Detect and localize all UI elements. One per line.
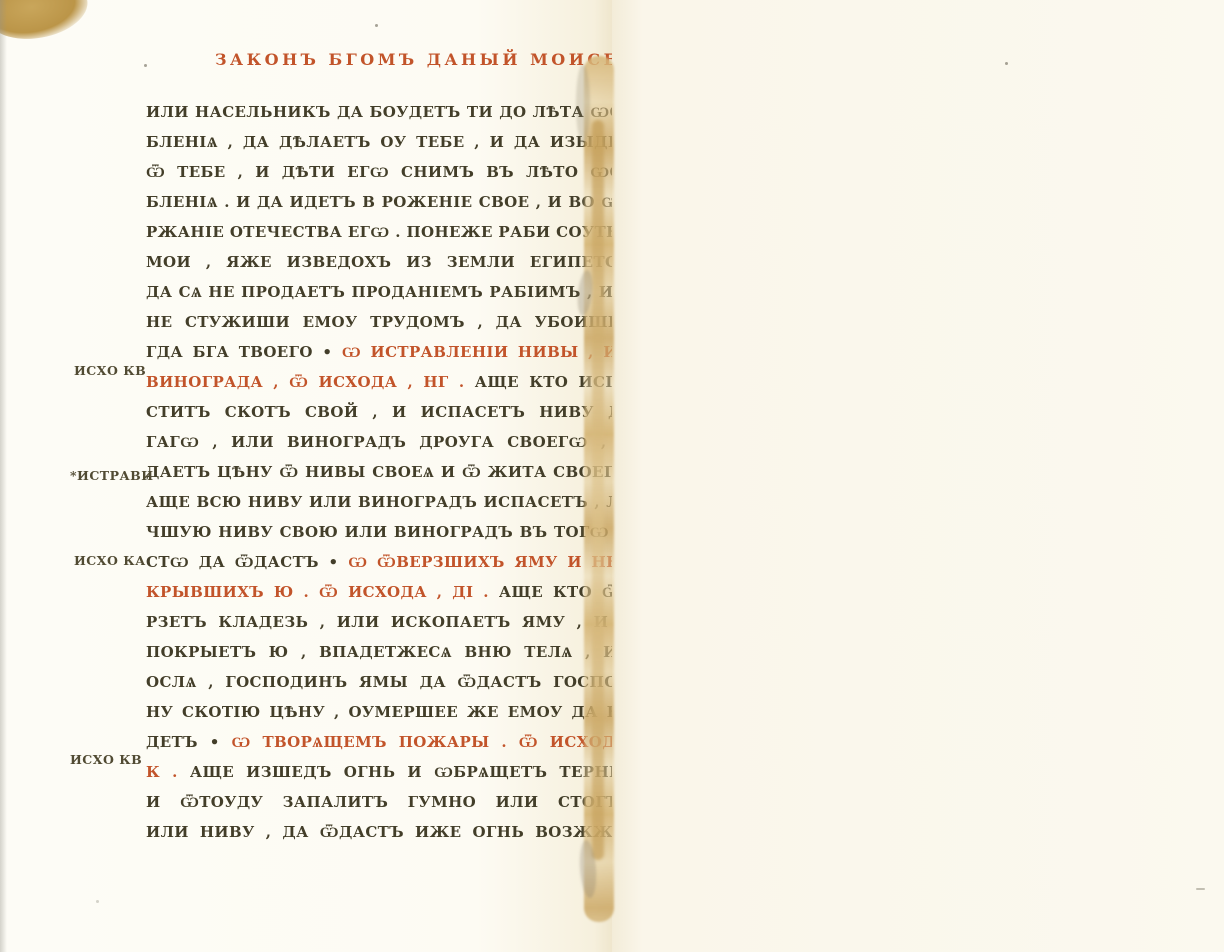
text-line: винограда , ѿ исхода , нг . аще кто испо… [146, 367, 646, 397]
body-text: ѿ тебе , и дѣти егѡ снимъ въ лѣто ѡста [146, 163, 646, 181]
body-text: и ѿтоуду запалитъ гумно или стогъ , [146, 793, 646, 811]
left-text-block: или насельникъ да боудетъ ти до лѣта ѡст… [146, 97, 646, 847]
text-line: к . аще изшедъ огнь и ѡбрѧщетъ терніе , [146, 757, 646, 787]
scan-edge-shadow [0, 0, 7, 952]
body-text: или насельникъ да боудетъ ти до лѣта ѡст… [146, 103, 646, 121]
text-line: или ниву , да ѿдастъ иже огнь возжже • [146, 817, 646, 847]
ink-speck [1196, 888, 1205, 890]
ink-speck [375, 24, 378, 27]
rubric-text: к . [146, 763, 190, 781]
text-line: ѿ тебе , и дѣти егѡ снимъ въ лѣто ѡста [146, 157, 646, 187]
margin-note: *истрави [70, 468, 154, 483]
body-text: ну скотію цѣну , оумершее же емоу да боу [146, 703, 646, 721]
body-text: бленіѧ . и да идетъ в роженіе свое , и в… [146, 193, 646, 211]
left-page: законъ бгомъ даный моисею или насельникъ… [0, 0, 612, 952]
body-text: или ниву , да ѿдастъ иже огнь возжже • [146, 823, 646, 841]
body-text: аще всю ниву или виноградъ испасетъ , ло… [146, 493, 646, 511]
ink-speck [1005, 62, 1008, 65]
text-line: или насельникъ да боудетъ ти до лѣта ѡст… [146, 97, 646, 127]
ink-speck [144, 64, 147, 67]
body-text: рзетъ кладезь , или ископаетъ яму , и не [146, 613, 646, 631]
body-text: даетъ цѣну ѿ нивы своеѧ и ѿ жита своегѡ … [146, 463, 646, 481]
text-line: детъ • ѡ творѧщемъ пожары . ѿ исхода , [146, 727, 646, 757]
body-text: чшую ниву свою или виноградъ въ тогѡ мѣ [146, 523, 646, 541]
ink-speck [96, 900, 99, 903]
text-line: покрыетъ ю , впадетжесѧ вню телѧ , или [146, 637, 646, 667]
body-text: стѡ да ѿдастъ • [146, 553, 348, 571]
gutter-smudge [576, 64, 590, 144]
book-scan: законъ бгомъ даный моисею или насельникъ… [0, 0, 1224, 952]
body-text: бленіѧ , да дѣлаетъ оу тебе , и да изыде… [146, 133, 646, 151]
rubric-text: винограда , ѿ исхода , нг . [146, 373, 475, 391]
text-line: гагѡ , или виноградъ дроуга своегѡ , да [146, 427, 646, 457]
body-text: детъ • [146, 733, 232, 751]
body-text: гагѡ , или виноградъ дроуга своегѡ , да [146, 433, 646, 451]
body-text: мои , яже изведохъ из земли египетски [146, 253, 646, 271]
body-text: да сѧ не продаетъ проданіемъ рабіимъ , и… [146, 283, 646, 301]
text-line: рзетъ кладезь , или ископаетъ яму , и не [146, 607, 646, 637]
right-page: глава , ме ѿ юнцѣ прободшемъ рогомъ чело… [612, 0, 1224, 952]
text-line: бленіѧ , да дѣлаетъ оу тебе , и да изыде… [146, 127, 646, 157]
text-line: ослѧ , господинъ ямы да ѿдастъ господи [146, 667, 646, 697]
text-line: аще всю ниву или виноградъ испасетъ , ло… [146, 487, 646, 517]
text-line: чшую ниву свою или виноградъ въ тогѡ мѣ [146, 517, 646, 547]
body-text: не стужиши емоу трудомъ , да убоишисѧ [146, 313, 646, 331]
margin-note: исхо ка [74, 553, 146, 568]
text-line: даетъ цѣну ѿ нивы своеѧ и ѿ жита своегѡ … [146, 457, 646, 487]
body-text: аще изшедъ огнь и ѡбрѧщетъ терніе , [190, 763, 646, 781]
text-line: ститъ скотъ свой , и испасетъ ниву дру [146, 397, 646, 427]
text-line: крывшихъ ю . ѿ исхода , ді . аще кто ѿве [146, 577, 646, 607]
text-line: ржаніе отечества егѡ . понеже раби соуть… [146, 217, 646, 247]
text-line: стѡ да ѿдастъ • ѡ ѿверзшихъ яму и непо [146, 547, 646, 577]
text-line: бленіѧ . и да идетъ в роженіе свое , и в… [146, 187, 646, 217]
body-text: покрыетъ ю , впадетжесѧ вню телѧ , или [146, 643, 646, 661]
text-line: мои , яже изведохъ из земли египетски [146, 247, 646, 277]
text-line: да сѧ не продаетъ проданіемъ рабіимъ , и… [146, 277, 646, 307]
text-line: не стужиши емоу трудомъ , да убоишисѧ [146, 307, 646, 337]
margin-note: исхо кв [74, 363, 146, 378]
margin-note: исхо кв [70, 752, 142, 767]
body-text: ститъ скотъ свой , и испасетъ ниву дру [146, 403, 646, 421]
body-text: ржаніе отечества егѡ . понеже раби соуть… [146, 223, 659, 241]
body-text: ослѧ , господинъ ямы да ѿдастъ господи [146, 673, 646, 691]
rubric-text: крывшихъ ю . ѿ исхода , ді . [146, 583, 499, 601]
text-line: гда бга твоего • ѡ истравленіи нивы , ил… [146, 337, 646, 367]
text-line: ну скотію цѣну , оумершее же емоу да боу [146, 697, 646, 727]
left-running-head: законъ бгомъ даный моисею [215, 50, 643, 69]
text-line: и ѿтоуду запалитъ гумно или стогъ , [146, 787, 646, 817]
body-text: гда бга твоего • [146, 343, 342, 361]
binding-gutter-stain-core [592, 120, 604, 860]
